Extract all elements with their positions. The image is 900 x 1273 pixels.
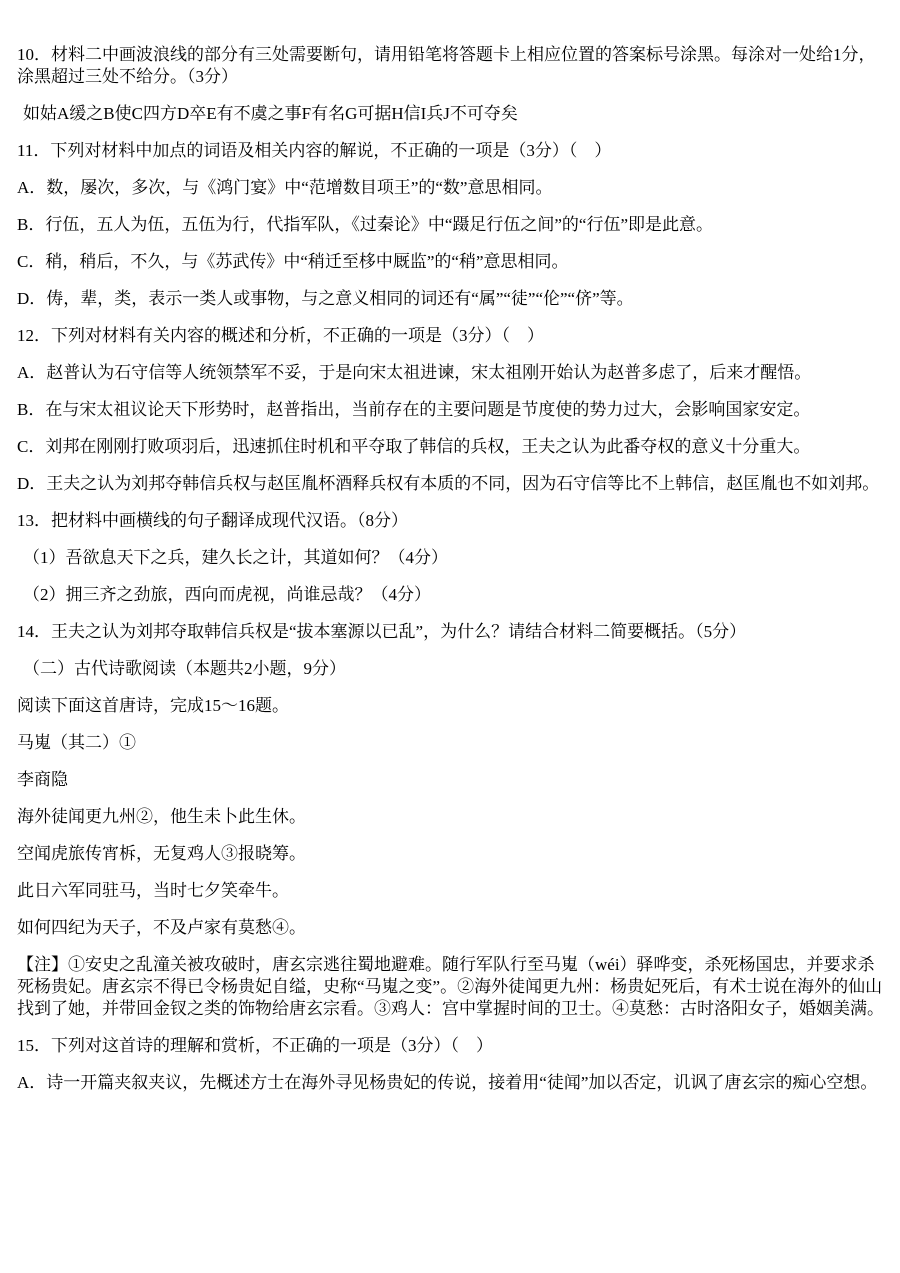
poetry-section-heading: （二）古代诗歌阅读（本题共2小题，9分） (17, 658, 884, 680)
question-12-option-b: B．在与宋太祖议论天下形势时，赵普指出，当前存在的主要问题是节度使的势力过大，会… (17, 399, 884, 421)
question-14-stem: 14．王夫之认为刘邦夺取韩信兵权是“拔本塞源以已乱”，为什么？请结合材料二简要概… (17, 621, 884, 643)
question-11-option-c: C．稍，稍后，不久，与《苏武传》中“稍迁至栘中厩监”的“稍”意思相同。 (17, 251, 884, 273)
poetry-reading-instruction: 阅读下面这首唐诗，完成15～16题。 (17, 695, 884, 717)
question-15-option-a: A．诗一开篇夹叙夹议，先概述方士在海外寻见杨贵妃的传说，接着用“徒闻”加以否定，… (17, 1072, 884, 1094)
poem-line-3: 此日六军同驻马，当时七夕笑牵牛。 (17, 880, 884, 902)
question-10-sentence: 如姑A缓之B使C四方D卒E有不虞之事F有名G可据H信I兵J不可夺矣 (17, 103, 884, 125)
poem-line-2: 空闻虎旅传宵柝，无复鸡人③报晓筹。 (17, 843, 884, 865)
question-12-option-d: D．王夫之认为刘邦夺韩信兵权与赵匡胤杯酒释兵权有本质的不同，因为石守信等比不上韩… (17, 473, 884, 495)
question-13-item-1: （1）吾欲息天下之兵，建久长之计，其道如何？（4分） (17, 547, 884, 569)
question-11-option-a: A．数，屡次，多次，与《鸿门宴》中“范增数目项王”的“数”意思相同。 (17, 177, 884, 199)
question-12-option-c: C．刘邦在刚刚打败项羽后，迅速抓住时机和平夺取了韩信的兵权，王夫之认为此番夺权的… (17, 436, 884, 458)
poem-author: 李商隐 (17, 769, 884, 791)
question-10-stem: 10．材料二中画波浪线的部分有三处需要断句，请用铅笔将答题卡上相应位置的答案标号… (17, 44, 884, 88)
question-12-option-a: A．赵普认为石守信等人统领禁军不妥，于是向宋太祖进谏，宋太祖刚开始认为赵普多虑了… (17, 362, 884, 384)
question-13-stem: 13．把材料中画横线的句子翻译成现代汉语。（8分） (17, 510, 884, 532)
exam-page: 10．材料二中画波浪线的部分有三处需要断句，请用铅笔将答题卡上相应位置的答案标号… (0, 0, 900, 1273)
question-12-stem: 12．下列对材料有关内容的概述和分析，不正确的一项是（3分）（ ） (17, 325, 884, 347)
question-15-stem: 15．下列对这首诗的理解和赏析，不正确的一项是（3分）（ ） (17, 1035, 884, 1057)
poem-line-4: 如何四纪为天子，不及卢家有莫愁④。 (17, 917, 884, 939)
question-11-stem: 11．下列对材料中加点的词语及相关内容的解说，不正确的一项是（3分）（ ） (17, 140, 884, 162)
question-13-item-2: （2）拥三齐之劲旅，西向而虎视，尚谁忌哉？（4分） (17, 584, 884, 606)
poem-note: 【注】①安史之乱潼关被攻破时，唐玄宗逃往蜀地避难。随行军队行至马嵬（wéi）驿哗… (17, 954, 884, 1020)
poem-title: 马嵬（其二）① (17, 732, 884, 754)
poem-line-1: 海外徒闻更九州②，他生未卜此生休。 (17, 806, 884, 828)
question-11-option-b: B．行伍，五人为伍，五伍为行，代指军队，《过秦论》中“蹑足行伍之间”的“行伍”即… (17, 214, 884, 236)
question-11-option-d: D．俦，辈，类，表示一类人或事物，与之意义相同的词还有“属”“徒”“伦”“侪”等… (17, 288, 884, 310)
